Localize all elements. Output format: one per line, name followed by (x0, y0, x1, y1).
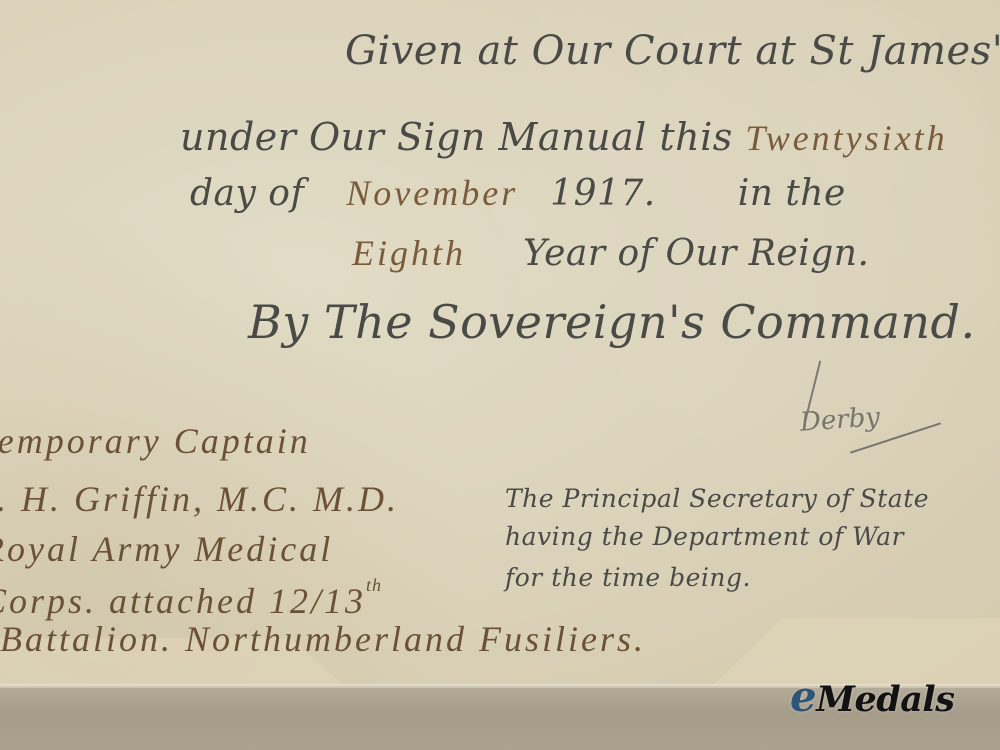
ordinal-suffix: th (366, 575, 382, 595)
attachment-text: Corps. attached 12/13 (0, 581, 366, 621)
sign-manual-line: under Our Sign Manual this Twentysixth (180, 115, 948, 159)
sovereign-command-line: By The Sovereign's Command. (248, 295, 976, 349)
logo-medals: Medals (816, 679, 954, 720)
recipient-attachment: Corps. attached 12/13th (0, 575, 382, 622)
date-line: day of November 1917. in the (190, 172, 846, 214)
secretary-line-3: for the time being. (505, 563, 751, 592)
filled-year: 1917. (550, 173, 656, 214)
secretary-line-2: having the Department of War (505, 522, 904, 551)
secretary-line-1: The Principal Secretary of State (505, 484, 929, 513)
recipient-name: E. H. Griffin, M.C. M.D. (0, 478, 399, 520)
sign-manual-text: under Our Sign Manual this (180, 115, 733, 159)
signature: Derby (799, 402, 881, 438)
filled-reign-year: Eighth (352, 233, 466, 273)
filled-day: Twentysixth (745, 118, 947, 158)
year-of-reign-text: Year of Our Reign. (523, 233, 869, 274)
reign-line: Eighth Year of Our Reign. (352, 232, 869, 274)
in-the-text: in the (738, 173, 846, 214)
recipient-corps: Royal Army Medical (0, 528, 333, 570)
recipient-battalion: Battalion. Northumberland Fusiliers. (0, 618, 646, 660)
emedals-logo: eMedals (790, 672, 954, 721)
recipient-rank: Temporary Captain (0, 420, 311, 462)
given-at-court-line: Given at Our Court at St James's (345, 28, 1000, 74)
logo-e: e (790, 672, 816, 721)
day-of-text: day of (190, 173, 304, 214)
filled-month: November (346, 173, 518, 213)
